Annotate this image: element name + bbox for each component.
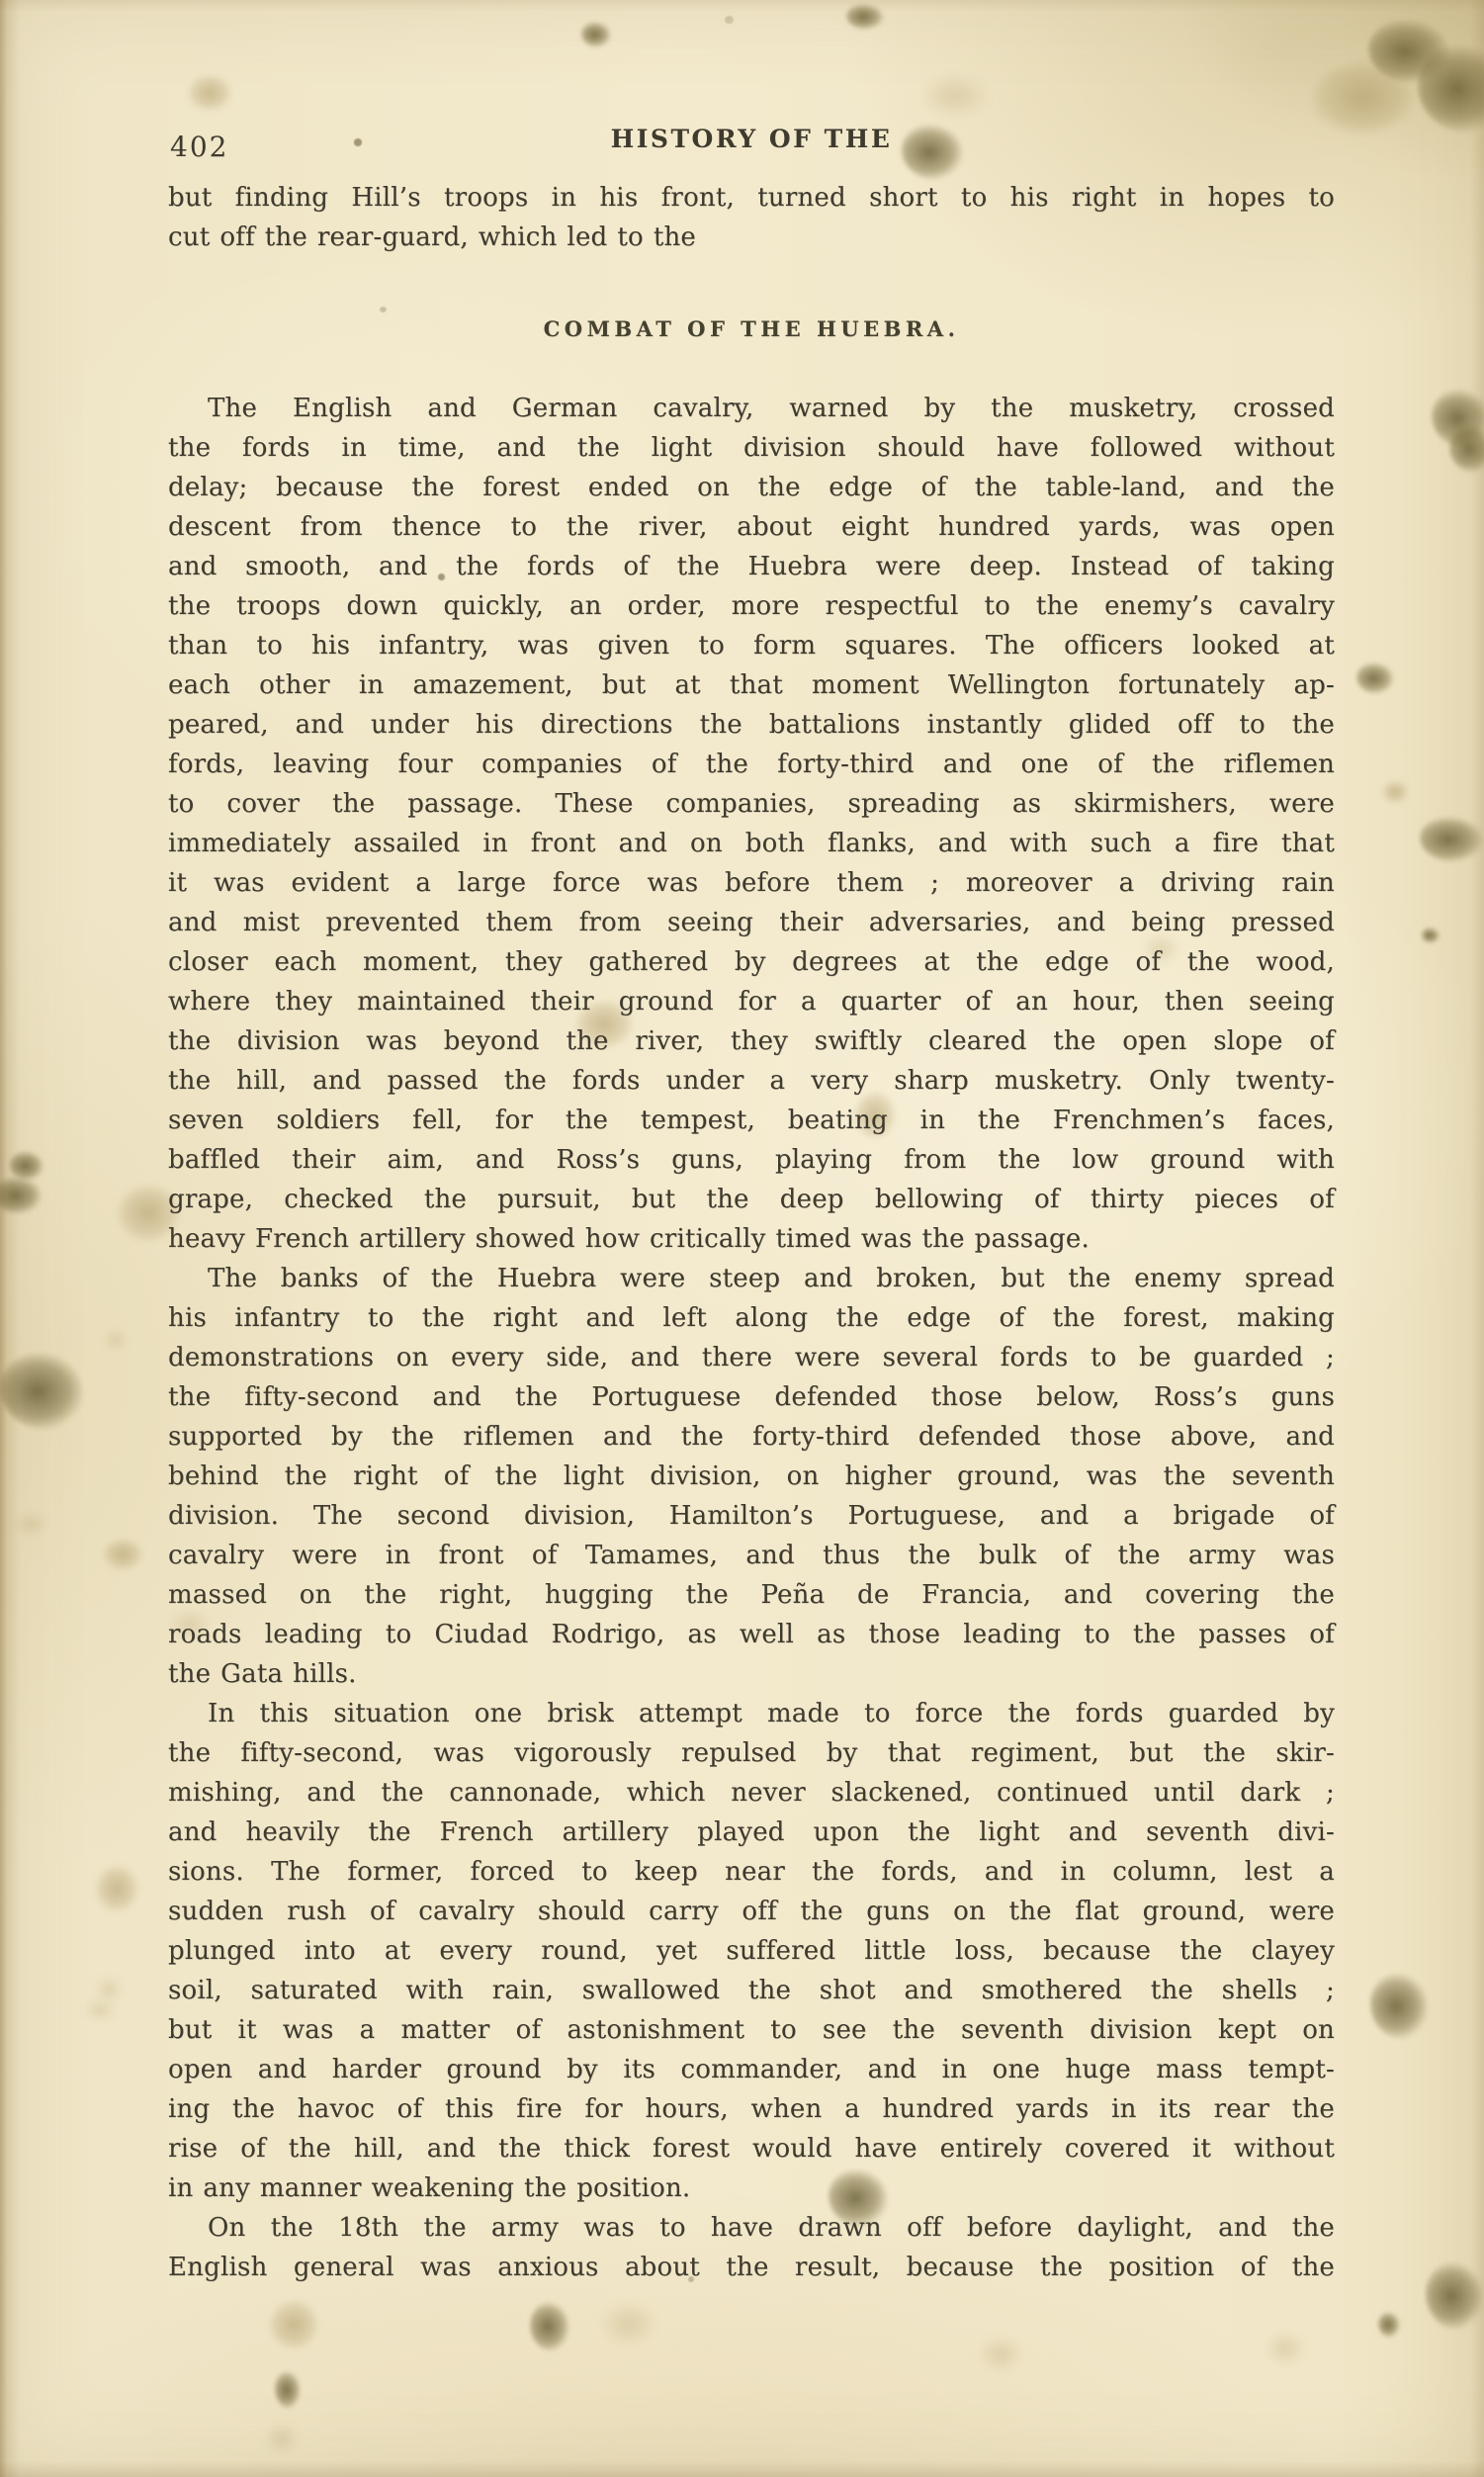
paragraph-3: In this situation one brisk attempt made…	[168, 1694, 1335, 2208]
stain	[275, 2371, 301, 2409]
text-line: delay; because the forest ended on the e…	[168, 468, 1335, 507]
text-line: the troops down quickly, an order, more …	[168, 586, 1335, 626]
running-head-title: HISTORY OF THE	[168, 125, 1335, 153]
section-heading: COMBAT OF THE HUEBRA.	[168, 316, 1335, 341]
stain	[599, 2300, 658, 2347]
running-header: 402 HISTORY OF THE	[168, 125, 1335, 168]
text-line: the fifty-second, was vigorously repulse…	[168, 1733, 1335, 1773]
stain	[265, 2423, 299, 2454]
paragraph-1: The English and German cavalry, warned b…	[168, 389, 1335, 1259]
text-line: and mist prevented them from seeing thei…	[168, 903, 1335, 942]
stain	[1311, 61, 1414, 134]
stain	[1426, 2262, 1483, 2330]
text-line: the fords in time, and the light divisio…	[168, 428, 1335, 468]
text-line: and heavily the French artillery played …	[168, 1813, 1335, 1852]
paragraph-4: On the 18th the army was to have drawn o…	[168, 2208, 1335, 2287]
text-line: descent from thence to the river, about …	[168, 507, 1335, 547]
text-line: the Gata hills.	[168, 1654, 1335, 1694]
text-line: sudden rush of cavalry should carry off …	[168, 1892, 1335, 1931]
stain	[581, 22, 611, 47]
text-line: demonstrations on every side, and there …	[168, 1338, 1335, 1377]
stain	[269, 2300, 318, 2349]
text-line: The English and German cavalry, warned b…	[168, 389, 1335, 428]
stain	[1264, 2330, 1307, 2367]
text-line: but finding Hill’s troops in his front, …	[168, 178, 1335, 218]
text-line: sions. The former, forced to keep near t…	[168, 1852, 1335, 1892]
text-line: cut off the rear-guard, which led to the	[168, 218, 1335, 257]
text-line: rise of the hill, and the thick forest w…	[168, 2129, 1335, 2168]
paragraph-2: The banks of the Huebra were steep and b…	[168, 1259, 1335, 1694]
stain	[14, 1511, 47, 1537]
text-line: English general was anxious about the re…	[168, 2248, 1335, 2287]
stain	[1378, 2312, 1400, 2338]
paragraph-continuation: but finding Hill’s troops in his front, …	[168, 178, 1335, 257]
text-line: soil, saturated with rain, swallowed the…	[168, 1971, 1335, 2010]
stain	[1370, 1974, 1428, 2039]
stain	[83, 1999, 117, 2021]
text-line: ing the havoc of this fire for hours, wh…	[168, 2089, 1335, 2129]
stain	[977, 2336, 1024, 2373]
text-line: massed on the right, hugging the Peña de…	[168, 1575, 1335, 1615]
stain	[0, 1177, 42, 1214]
text-line: than to his infantry, was given to form …	[168, 626, 1335, 665]
text-line: heavy French artillery showed how critic…	[168, 1219, 1335, 1259]
stain	[1368, 20, 1449, 83]
stain	[0, 1353, 83, 1430]
text-line: immediately assailed in front and on bot…	[168, 824, 1335, 863]
text-line: in any manner weakening the position.	[168, 2168, 1335, 2208]
stain	[10, 1151, 44, 1181]
text-line: his infantry to the right and left along…	[168, 1298, 1335, 1338]
text-line: open and harder ground by its commander,…	[168, 2050, 1335, 2089]
stain	[1422, 928, 1440, 943]
stain	[846, 4, 884, 30]
text-line: seven soldiers fell, for the tempest, be…	[168, 1101, 1335, 1140]
stain	[103, 1539, 142, 1570]
text-line: the hill, and passed the fords under a v…	[168, 1061, 1335, 1101]
stain	[95, 1865, 138, 1912]
stain	[1418, 45, 1484, 133]
stain	[1420, 817, 1483, 862]
stain	[95, 1976, 123, 2003]
text-line: roads leading to Ciudad Rodrigo, as well…	[168, 1615, 1335, 1654]
text-line: where they maintained their ground for a…	[168, 982, 1335, 1021]
text-line: it was evident a large force was before …	[168, 863, 1335, 903]
stain	[919, 73, 991, 119]
text-line: closer each moment, they gathered by deg…	[168, 942, 1335, 982]
stain	[103, 1329, 129, 1351]
text-line: but it was a matter of astonishment to s…	[168, 2010, 1335, 2050]
text-line: On the 18th the army was to have drawn o…	[168, 2208, 1335, 2248]
stain	[530, 2302, 569, 2351]
stain	[188, 75, 231, 111]
text-line: supported by the riflemen and the forty-…	[168, 1417, 1335, 1457]
stain	[1356, 663, 1394, 694]
text-line: plunged into at every round, yet suffere…	[168, 1931, 1335, 1971]
page-text: 402 HISTORY OF THE but finding Hill’s tr…	[168, 125, 1335, 2287]
text-line: the division was beyond the river, they …	[168, 1021, 1335, 1061]
text-line: and smooth, and the fords of the Huebra …	[168, 547, 1335, 586]
text-line: to cover the passage. These companies, s…	[168, 784, 1335, 824]
book-page-scan: 402 HISTORY OF THE but finding Hill’s tr…	[0, 0, 1484, 2477]
text-line: grape, checked the pursuit, but the deep…	[168, 1180, 1335, 1219]
text-line: behind the right of the light division, …	[168, 1457, 1335, 1496]
stain	[1449, 425, 1484, 473]
stain	[1432, 390, 1484, 447]
text-line: baffled their aim, and Ross’s guns, play…	[168, 1140, 1335, 1180]
text-line: cavalry were in front of Tamames, and th…	[168, 1536, 1335, 1575]
text-line: fords, leaving four companies of the for…	[168, 745, 1335, 784]
text-line: In this situation one brisk attempt made…	[168, 1694, 1335, 1733]
text-line: division. The second division, Hamilton’…	[168, 1496, 1335, 1536]
speck	[725, 16, 734, 24]
text-line: The banks of the Huebra were steep and b…	[168, 1259, 1335, 1298]
text-line: the fifty-second and the Portuguese defe…	[168, 1377, 1335, 1417]
text-line: each other in amazement, but at that mom…	[168, 665, 1335, 705]
text-line: peared, and under his directions the bat…	[168, 705, 1335, 745]
stain	[1382, 781, 1408, 803]
text-line: mishing, and the cannonade, which never …	[168, 1773, 1335, 1813]
